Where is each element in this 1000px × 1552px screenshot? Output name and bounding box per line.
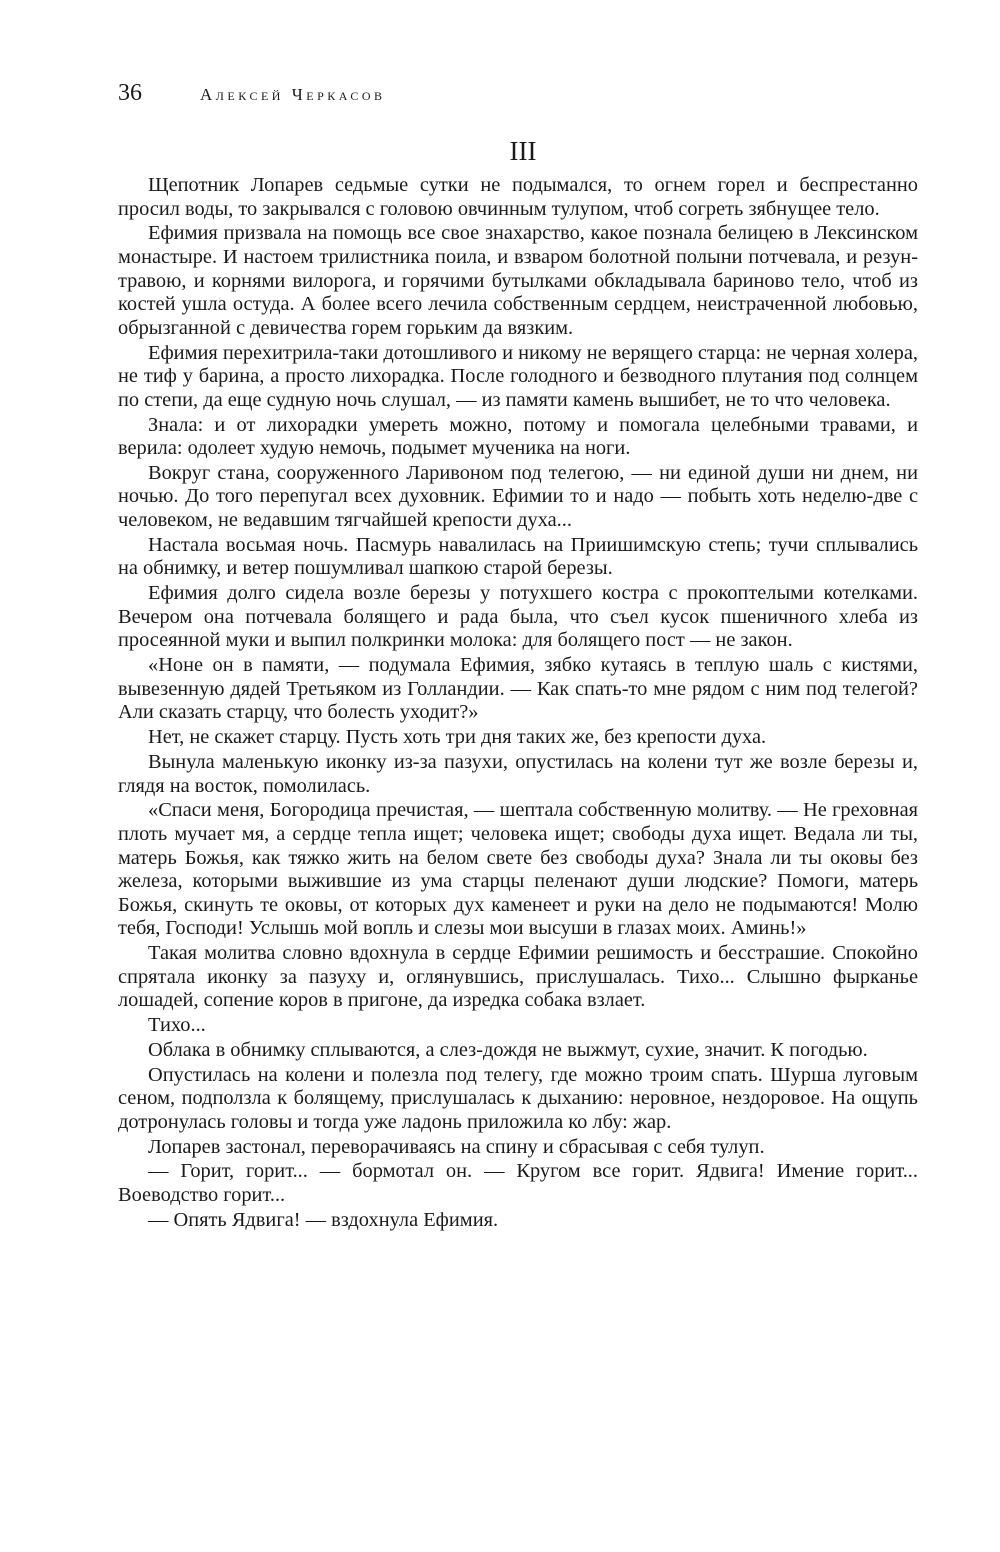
paragraph: — Опять Ядвига! — вздохнула Ефимия.	[118, 1209, 918, 1233]
paragraph: Тихо...	[118, 1014, 918, 1038]
paragraph: «Спаси меня, Богородица пречистая, — шеп…	[118, 799, 918, 941]
paragraph: Облака в обнимку сплываются, а слез-дожд…	[118, 1039, 918, 1063]
paragraph: Знала: и от лихорадки умереть можно, пот…	[118, 414, 918, 461]
paragraph: Вокруг стана, сооруженного Ларивоном под…	[118, 462, 918, 533]
paragraph: Вынула маленькую иконку из-за пазухи, оп…	[118, 751, 918, 798]
paragraph: Настала восьмая ночь. Пасмурь навалилась…	[118, 534, 918, 581]
paragraph: Такая молитва словно вдохнула в сердце Е…	[118, 942, 918, 1013]
paragraph: Ефимия долго сидела возле березы у потух…	[118, 582, 918, 653]
running-title-author: Алексей Черкасов	[200, 85, 386, 105]
running-head: 36 Алексей Черкасов	[118, 80, 918, 120]
page-number: 36	[118, 80, 200, 107]
paragraph: Щепотник Лопарев седьмые сутки не подыма…	[118, 174, 918, 221]
paragraph: Нет, не скажет старцу. Пусть хоть три дн…	[118, 726, 918, 750]
paragraph: Лопарев застонал, переворачиваясь на спи…	[118, 1136, 918, 1160]
paragraph: Ефимия перехитрила-таки дотошливого и ни…	[118, 342, 918, 413]
paragraph: Ефимия призвала на помощь все свое знаха…	[118, 222, 918, 340]
paragraph: — Горит, горит... — бормотал он. — Круго…	[118, 1160, 918, 1207]
body-text: Щепотник Лопарев седьмые сутки не подыма…	[118, 174, 918, 1232]
book-page: 36 Алексей Черкасов III Щепотник Лопарев…	[118, 80, 918, 1232]
paragraph: Опустилась на колени и полезла под телег…	[118, 1064, 918, 1135]
paragraph: «Ноне он в памяти, — подумала Ефимия, зя…	[118, 654, 918, 725]
chapter-heading: III	[118, 134, 918, 168]
